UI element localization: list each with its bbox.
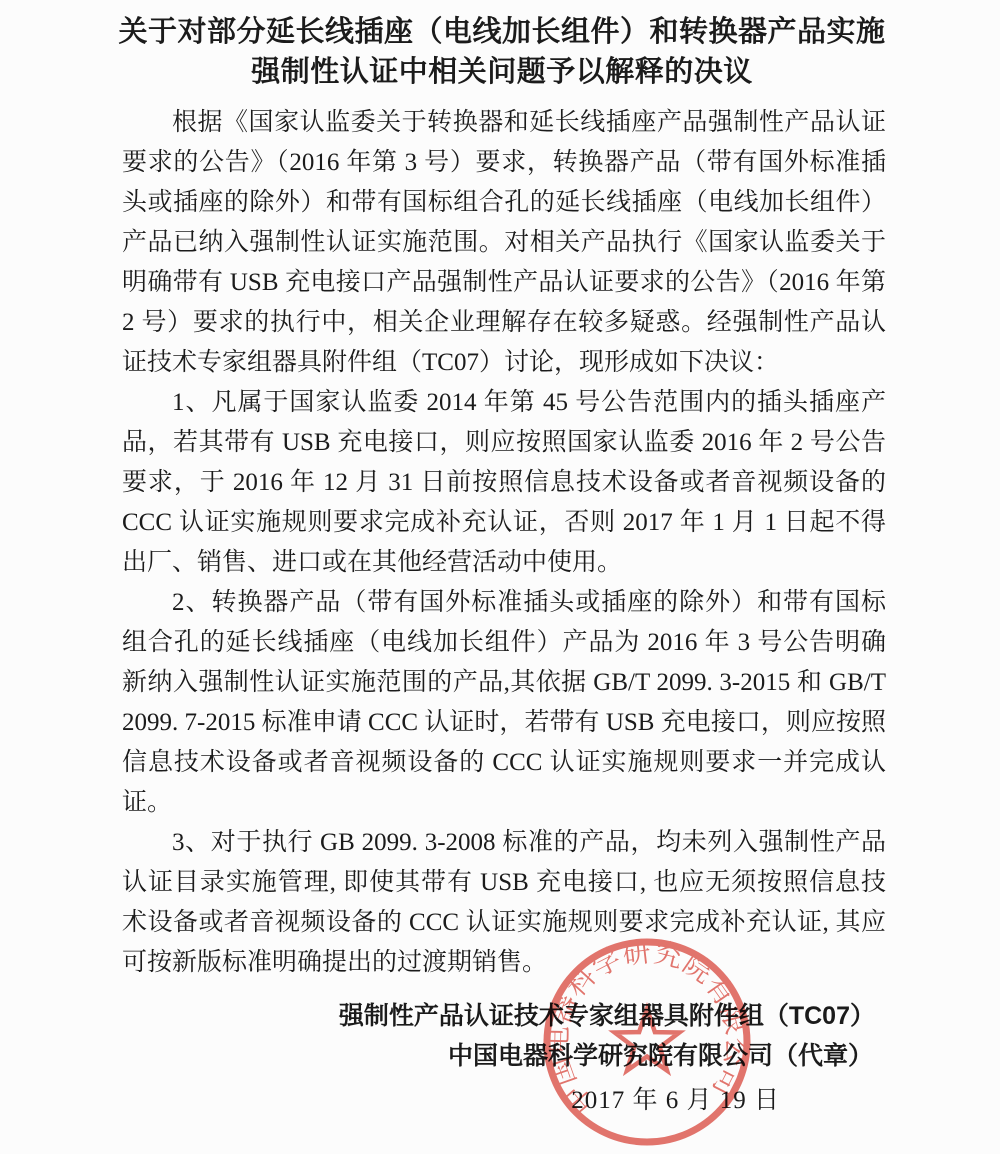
body-line: 1、凡属于国家认监委 2014 年第 45 号公告范围内的插头插座产 (122, 383, 886, 423)
body-line: 3、对于执行 GB 2099. 3-2008 标准的产品，均未列入强制性产品 (122, 823, 886, 863)
body-line: 2 号）要求的执行中，相关企业理解存在较多疑惑。经强制性产品认 (122, 303, 886, 343)
body-line: 新纳入强制性认证实施范围的产品,其依据 GB/T 2099. 3-2015 和 … (122, 663, 886, 703)
body-line: 可按新版标准明确提出的过渡期销售。 (122, 943, 886, 983)
body-line: 头或插座的除外）和带有国标组合孔的延长线插座（电线加长组件） (122, 183, 886, 223)
body-line: 明确带有 USB 充电接口产品强制性产品认证要求的公告》（2016 年第 (122, 263, 886, 303)
body-line: 要求，于 2016 年 12 月 31 日前按照信息技术设备或者音视频设备的 (122, 463, 886, 503)
document-title: 关于对部分延长线插座（电线加长组件）和转换器产品实施 强制性认证中相关问题予以解… (118, 12, 886, 92)
body-line: CCC 认证实施规则要求完成补充认证，否则 2017 年 1 月 1 日起不得 (122, 503, 886, 543)
body-line: 证。 (122, 783, 886, 823)
body-line: 出厂、销售、进口或在其他经营活动中使用。 (122, 543, 886, 583)
body-line: 信息技术设备或者音视频设备的 CCC 认证实施规则要求一并完成认 (122, 743, 886, 783)
signature-org-line-1: 强制性产品认证技术专家组器具附件组（TC07） (122, 996, 886, 1036)
body-line: 2099. 7-2015 标准申请 CCC 认证时，若带有 USB 充电接口，则… (122, 703, 886, 743)
body-line: 根据《国家认监委关于转换器和延长线插座产品强制性产品认证 (122, 103, 886, 143)
signature-org-line-2: 中国电器科学研究院有限公司（代章） (122, 1036, 886, 1076)
body-line: 产品已纳入强制性认证实施范围。对相关产品执行《国家认监委关于 (122, 223, 886, 263)
title-line-1: 关于对部分延长线插座（电线加长组件）和转换器产品实施 (118, 12, 886, 52)
body-line: 组合孔的延长线插座（电线加长组件）产品为 2016 年 3 号公告明确 (122, 623, 886, 663)
body-lines: 根据《国家认监委关于转换器和延长线插座产品强制性产品认证要求的公告》（2016 … (122, 103, 886, 983)
body-line: 认证目录实施管理, 即使其带有 USB 充电接口, 也应无须按照信息技 (122, 863, 886, 903)
body-line: 要求的公告》（2016 年第 3 号）要求，转换器产品（带有国外标准插 (122, 143, 886, 183)
body-line: 术设备或者音视频设备的 CCC 认证实施规则要求完成补充认证, 其应 (122, 903, 886, 943)
body-line: 2、转换器产品（带有国外标准插头或插座的除外）和带有国标 (122, 583, 886, 623)
signature-date: 2017 年 6 月 19 日 (122, 1081, 886, 1121)
body-line: 品，若其带有 USB 充电接口，则应按照国家认监委 2016 年 2 号公告 (122, 423, 886, 463)
title-line-2: 强制性认证中相关问题予以解释的决议 (118, 52, 886, 92)
document-scan-page: 关于对部分延长线插座（电线加长组件）和转换器产品实施 强制性认证中相关问题予以解… (0, 0, 1000, 1154)
signature-block: 强制性产品认证技术专家组器具附件组（TC07） 中国电器科学研究院有限公司（代章… (122, 996, 886, 1121)
body-line: 证技术专家组器具附件组（TC07）讨论，现形成如下决议： (122, 343, 886, 383)
